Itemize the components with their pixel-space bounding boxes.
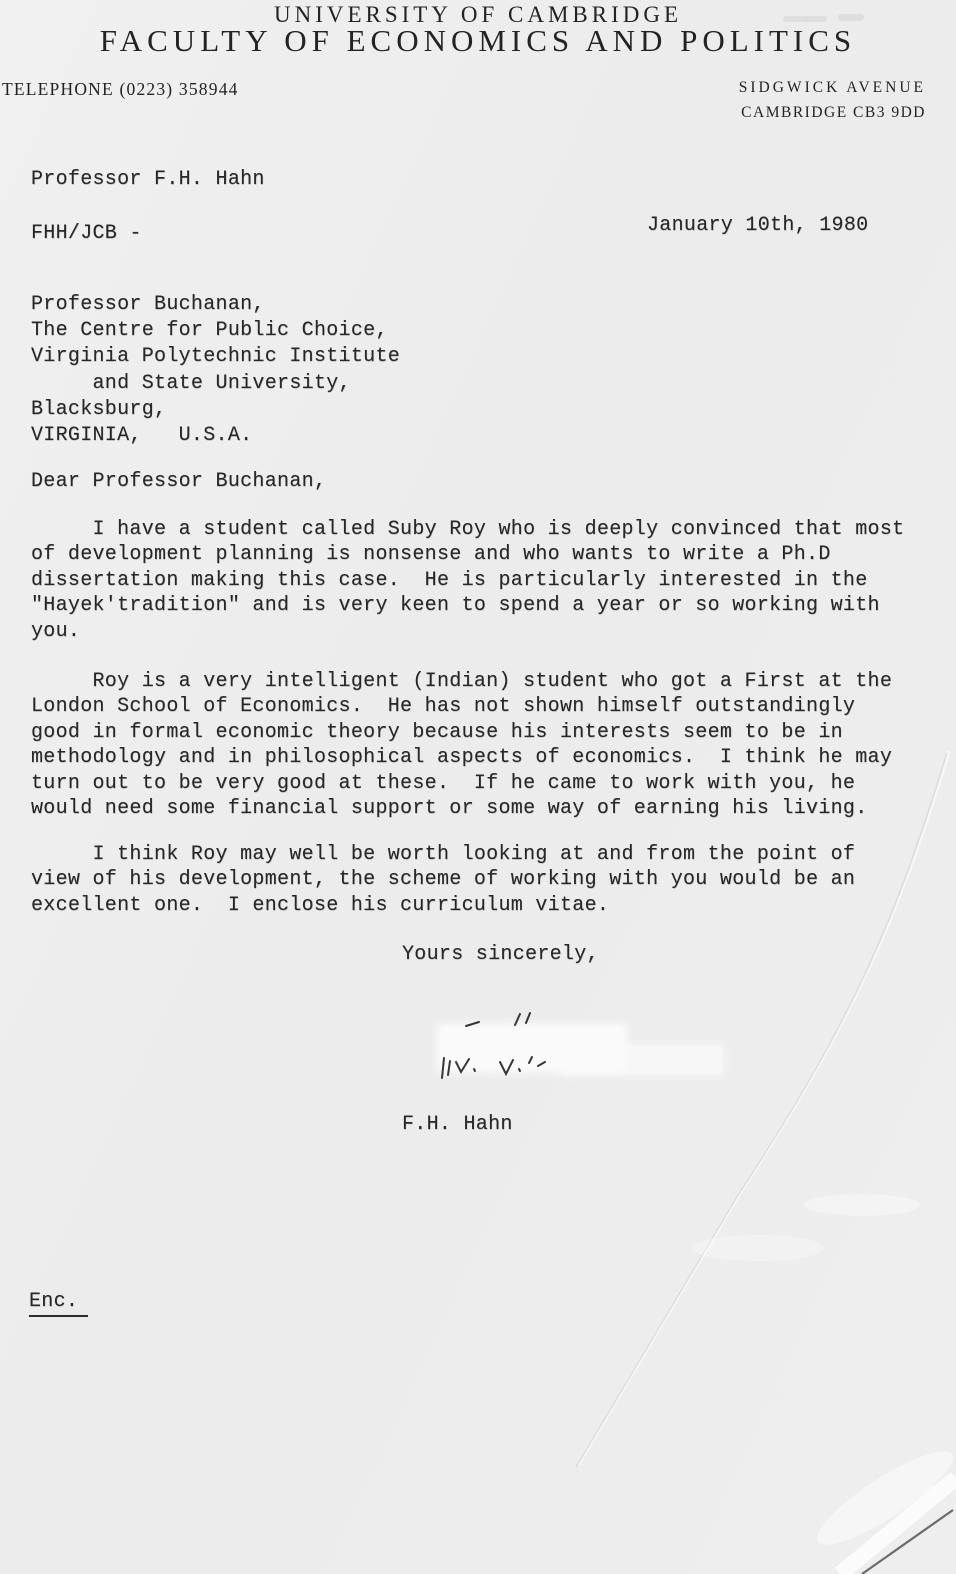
closing-phrase: Yours sincerely, <box>402 942 599 967</box>
body-paragraph-3: I think Roy may well be worth looking at… <box>31 842 855 918</box>
letter-page: UNIVERSITY OF CAMBRIDGE FACULTY OF ECONO… <box>0 0 956 1574</box>
letter-date: January 10th, 1980 <box>647 213 868 238</box>
signature-name: F.H. Hahn <box>402 1112 513 1137</box>
telephone-line: TELEPHONE (0223) 358944 <box>2 79 239 100</box>
recipient-address: Professor Buchanan, The Centre for Publi… <box>31 292 400 449</box>
enclosure-note: Enc. <box>29 1289 88 1317</box>
scan-smudge <box>838 14 864 21</box>
letterhead-address-line1: SIDGWICK AVENUE <box>739 79 926 97</box>
salutation: Dear Professor Buchanan, <box>31 469 326 494</box>
sender-name: Professor F.H. Hahn <box>31 167 265 192</box>
signature-whiteout-patch <box>560 1046 722 1074</box>
scan-smudge <box>805 16 827 22</box>
reference-code: FHH/JCB - <box>31 221 142 246</box>
body-paragraph-1: I have a student called Suby Roy who is … <box>31 517 904 644</box>
body-paragraph-2: Roy is a very intelligent (Indian) stude… <box>31 669 892 821</box>
letterhead-address-line2: CAMBRIDGE CB3 9DD <box>741 104 926 122</box>
faculty-name: FACULTY OF ECONOMICS AND POLITICS <box>0 22 956 59</box>
